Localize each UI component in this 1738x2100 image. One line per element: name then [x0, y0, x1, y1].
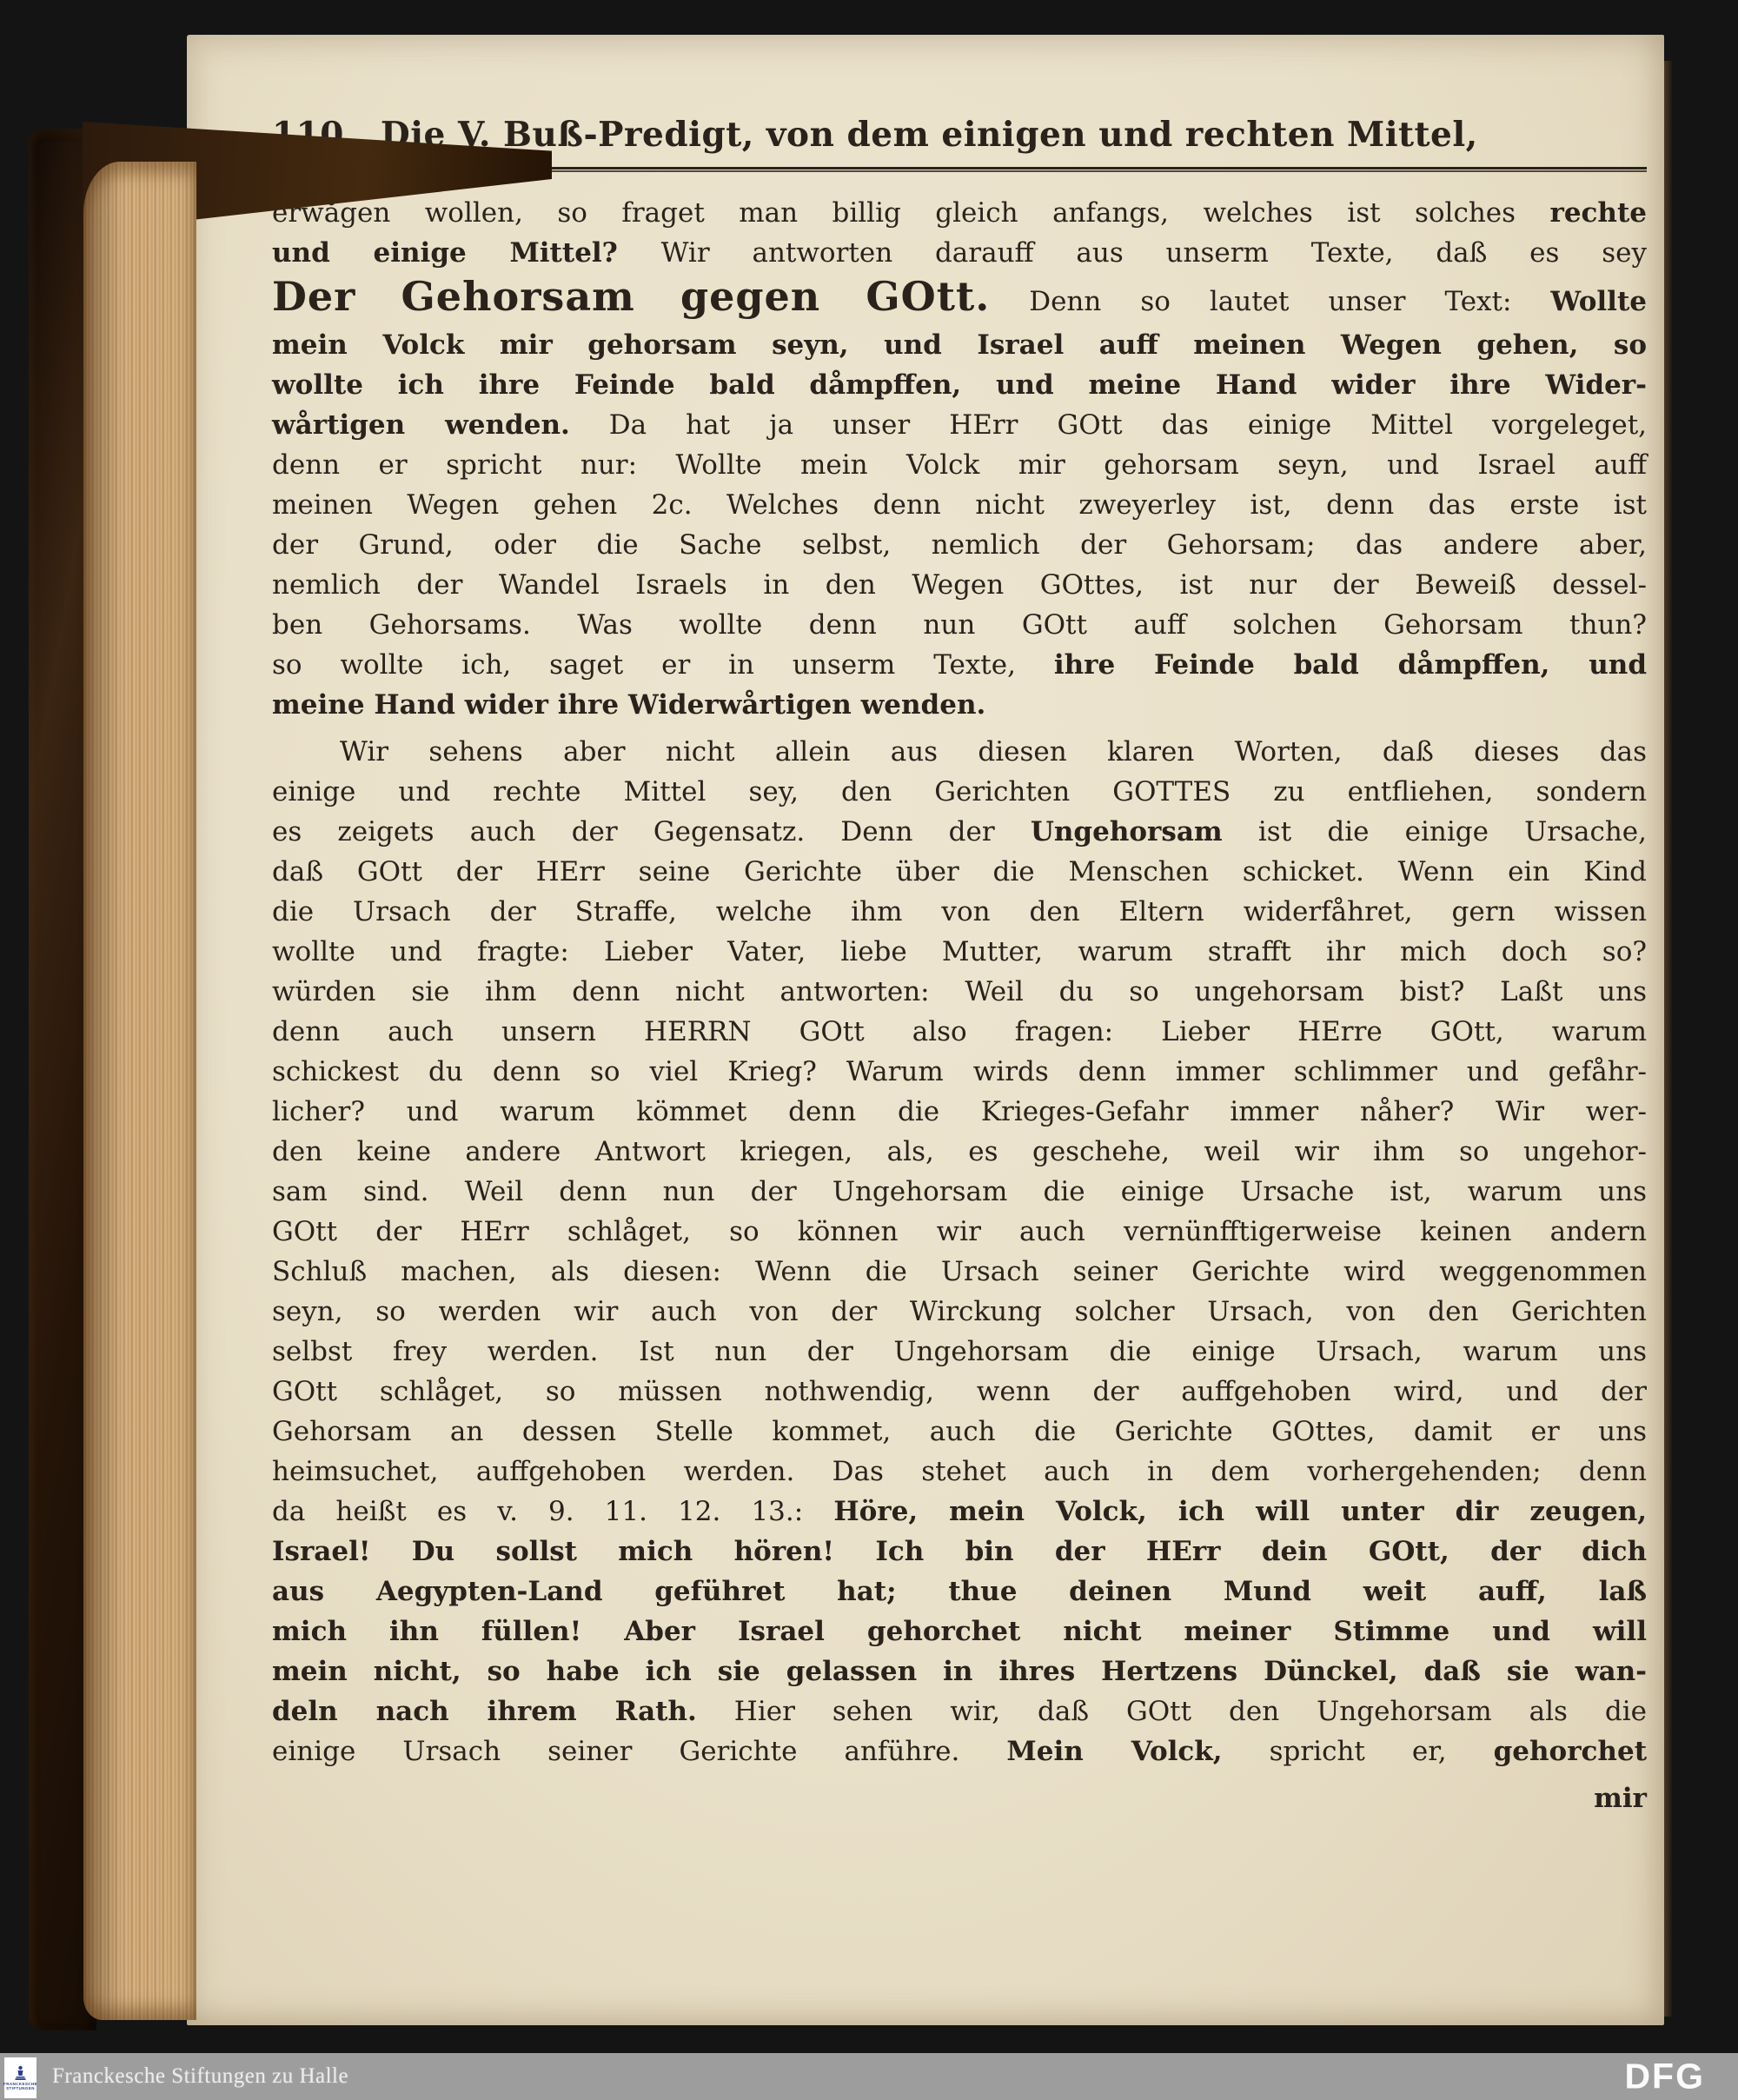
text-segment: der Grund, oder die Sache selbst, nemlic…: [272, 529, 1647, 561]
text-segment: mir: [1594, 1783, 1647, 1814]
text-segment: GOtt der HErr schlåget, so können wir au…: [272, 1216, 1647, 1247]
text-segment: und einige Mittel?: [272, 237, 661, 269]
text-segment: Der Gehorsam gegen GOtt.: [272, 273, 990, 320]
text-line: Der Gehorsam gegen GOtt. Denn so lautet …: [272, 273, 1647, 325]
text-segment: ben Gehorsams. Was wollte denn nun GOtt …: [272, 609, 1647, 641]
text-segment: rechte: [1549, 197, 1647, 229]
text-segment: würden sie ihm denn nicht antworten: Wei…: [272, 976, 1647, 1007]
text-segment: deln nach ihrem Rath.: [272, 1696, 697, 1727]
text-segment: Ungehorsam: [1031, 816, 1223, 847]
text-segment: denn er spricht nur: Wollte mein Volck m…: [272, 449, 1647, 481]
text-line: es zeigets auch der Gegensatz. Denn der …: [272, 812, 1647, 852]
dfg-logo: DFG: [1624, 2057, 1705, 2097]
text-segment: erwågen wollen, so fraget man billig gle…: [272, 197, 1549, 229]
text-segment: ist die einige Ursache,: [1223, 816, 1647, 847]
text-segment: wollte und fragte: Lieber Vater, liebe M…: [272, 936, 1647, 967]
text-line: den keine andere Antwort kriegen, als, e…: [272, 1132, 1647, 1172]
text-segment: Wollte: [1550, 286, 1647, 317]
logo-caption: FRANCKESCHE STIFTUNGEN: [3, 2082, 37, 2091]
text-line: mir: [272, 1778, 1647, 1818]
paragraph: mir: [272, 1778, 1647, 1818]
text-segment: Da hat ja unser HErr GOtt das einige Mit…: [570, 409, 1647, 441]
text-segment: meinen Wegen gehen 2c. Welches denn nich…: [272, 489, 1647, 521]
text-line: daß GOtt der HErr seine Gerichte über di…: [272, 852, 1647, 892]
paragraph: Wir sehens aber nicht allein aus diesen …: [272, 732, 1647, 1771]
text-line: Gehorsam an dessen Stelle kommet, auch d…: [272, 1412, 1647, 1452]
text-segment: Höre, mein Volck, ich will unter dir zeu…: [833, 1496, 1647, 1527]
text-segment: mich ihn füllen! Aber Israel gehorchet n…: [272, 1616, 1647, 1647]
text-line: GOtt der HErr schlåget, so können wir au…: [272, 1212, 1647, 1252]
text-segment: mein Volck mir gehorsam seyn, und Israel…: [272, 329, 1647, 361]
text-segment: Wir sehens aber nicht allein aus diesen …: [340, 736, 1647, 768]
text-segment: wollte ich ihre Feinde bald dåmpffen, un…: [272, 369, 1647, 401]
stiftungen-emblem-icon: [14, 2065, 27, 2080]
page-content: 110 Die V. Buß-Predigt, von dem einigen …: [187, 35, 1664, 2025]
text-segment: heimsuchet, auffgehoben werden. Das steh…: [272, 1456, 1647, 1487]
text-line: mich ihn füllen! Aber Israel gehorchet n…: [272, 1612, 1647, 1651]
text-line: wårtigen wenden. Da hat ja unser HErr GO…: [272, 405, 1647, 445]
text-segment: licher? und warum kömmet denn die Kriege…: [272, 1096, 1647, 1127]
text-segment: Mein Volck,: [1006, 1736, 1222, 1767]
text-segment: wårtigen wenden.: [272, 409, 570, 441]
page-right-edge: [1664, 61, 1672, 2017]
text-segment: selbst frey werden. Ist nun der Ungehors…: [272, 1336, 1647, 1367]
text-segment: Israel! Du sollst mich hören! Ich bin de…: [272, 1536, 1647, 1567]
text-line: einige Ursach seiner Gerichte anführe. M…: [272, 1731, 1647, 1771]
text-line: und einige Mittel? Wir antworten darauff…: [272, 233, 1647, 273]
franckesche-stiftungen-logo: FRANCKESCHE STIFTUNGEN: [4, 2057, 36, 2098]
text-line: einige und rechte Mittel sey, den Gerich…: [272, 772, 1647, 812]
text-segment: einige und rechte Mittel sey, den Gerich…: [272, 776, 1647, 807]
text-segment: Gehorsam an dessen Stelle kommet, auch d…: [272, 1416, 1647, 1447]
text-segment: ihre Feinde bald dåmpffen, und: [1054, 649, 1647, 681]
text-line: wollte und fragte: Lieber Vater, liebe M…: [272, 932, 1647, 972]
text-line: heimsuchet, auffgehoben werden. Das steh…: [272, 1452, 1647, 1492]
text-segment: aus Aegypten-Land geführet hat; thue dei…: [272, 1576, 1647, 1607]
text-line: sam sind. Weil denn nun der Ungehorsam d…: [272, 1172, 1647, 1212]
text-line: mein nicht, so habe ich sie gelassen in …: [272, 1651, 1647, 1691]
text-line: der Grund, oder die Sache selbst, nemlic…: [272, 525, 1647, 565]
text-line: aus Aegypten-Land geführet hat; thue dei…: [272, 1572, 1647, 1612]
paragraph: erwågen wollen, so fraget man billig gle…: [272, 193, 1647, 725]
text-segment: sam sind. Weil denn nun der Ungehorsam d…: [272, 1176, 1647, 1207]
text-segment: den keine andere Antwort kriegen, als, e…: [272, 1136, 1647, 1167]
text-line: Schluß machen, als diesen: Wenn die Ursa…: [272, 1252, 1647, 1292]
logo-caption-line2: STIFTUNGEN: [3, 2086, 37, 2091]
text-line: würden sie ihm denn nicht antworten: Wei…: [272, 972, 1647, 1012]
text-segment: denn auch unsern HERRN GOtt also fragen:…: [272, 1016, 1647, 1047]
text-segment: Hier sehen wir, daß GOtt den Ungehorsam …: [697, 1696, 1647, 1727]
text-line: GOtt schlåget, so müssen nothwendig, wen…: [272, 1372, 1647, 1412]
text-line: erwågen wollen, so fraget man billig gle…: [272, 193, 1647, 233]
text-line: die Ursach der Straffe, welche ihm von d…: [272, 892, 1647, 932]
text-segment: GOtt schlåget, so müssen nothwendig, wen…: [272, 1376, 1647, 1407]
page-title: Die V. Buß-Predigt, von dem einigen und …: [381, 115, 1478, 155]
text-line: selbst frey werden. Ist nun der Ungehors…: [272, 1332, 1647, 1372]
text-segment: nemlich der Wandel Israels in den Wegen …: [272, 569, 1647, 601]
text-segment: meine Hand wider ihre Widerwårtigen wend…: [272, 689, 985, 721]
text-line: nemlich der Wandel Israels in den Wegen …: [272, 565, 1647, 605]
text-line: schickest du denn so viel Krieg? Warum w…: [272, 1052, 1647, 1092]
text-line: meine Hand wider ihre Widerwårtigen wend…: [272, 685, 1647, 725]
text-segment: die Ursach der Straffe, welche ihm von d…: [272, 896, 1647, 927]
text-segment: schickest du denn so viel Krieg? Warum w…: [272, 1056, 1647, 1087]
viewer-footer-bar: FRANCKESCHE STIFTUNGEN Franckesche Stift…: [0, 2053, 1738, 2100]
text-line: denn er spricht nur: Wollte mein Volck m…: [272, 445, 1647, 485]
text-line: Wir sehens aber nicht allein aus diesen …: [272, 732, 1647, 772]
text-segment: so wollte ich, saget er in unserm Texte,: [272, 649, 1054, 681]
text-line: ben Gehorsams. Was wollte denn nun GOtt …: [272, 605, 1647, 645]
text-line: licher? und warum kömmet denn die Kriege…: [272, 1092, 1647, 1132]
text-line: seyn, so werden wir auch von der Wirckun…: [272, 1292, 1647, 1332]
text-segment: Schluß machen, als diesen: Wenn die Ursa…: [272, 1256, 1647, 1287]
text-segment: es zeigets auch der Gegensatz. Denn der: [272, 816, 1031, 847]
text-line: deln nach ihrem Rath. Hier sehen wir, da…: [272, 1691, 1647, 1731]
book-page-edges: [83, 162, 196, 2020]
text-segment: einige Ursach seiner Gerichte anführe.: [272, 1736, 1006, 1767]
institution-name: Franckesche Stiftungen zu Halle: [52, 2064, 348, 2089]
text-segment: da heißt es v. 9. 11. 12. 13.:: [272, 1496, 833, 1527]
book-page: 110 Die V. Buß-Predigt, von dem einigen …: [187, 35, 1664, 2025]
text-segment: Wir antworten darauff aus unserm Texte, …: [661, 237, 1647, 269]
text-line: denn auch unsern HERRN GOtt also fragen:…: [272, 1012, 1647, 1052]
text-segment: daß GOtt der HErr seine Gerichte über di…: [272, 856, 1647, 887]
text-line: Israel! Du sollst mich hören! Ich bin de…: [272, 1532, 1647, 1572]
body-text: erwågen wollen, so fraget man billig gle…: [272, 193, 1647, 1818]
text-segment: spricht er,: [1223, 1736, 1494, 1767]
text-segment: seyn, so werden wir auch von der Wirckun…: [272, 1296, 1647, 1327]
text-line: wollte ich ihre Feinde bald dåmpffen, un…: [272, 365, 1647, 405]
text-segment: Denn so lautet unser Text:: [990, 286, 1550, 317]
text-line: meinen Wegen gehen 2c. Welches denn nich…: [272, 485, 1647, 525]
scan-background: 110 Die V. Buß-Predigt, von dem einigen …: [0, 0, 1738, 2100]
text-line: mein Volck mir gehorsam seyn, und Israel…: [272, 325, 1647, 365]
text-line: da heißt es v. 9. 11. 12. 13.: Höre, mei…: [272, 1492, 1647, 1532]
text-segment: mein nicht, so habe ich sie gelassen in …: [272, 1656, 1647, 1687]
text-line: so wollte ich, saget er in unserm Texte,…: [272, 645, 1647, 685]
text-segment: gehorchet: [1494, 1736, 1647, 1767]
